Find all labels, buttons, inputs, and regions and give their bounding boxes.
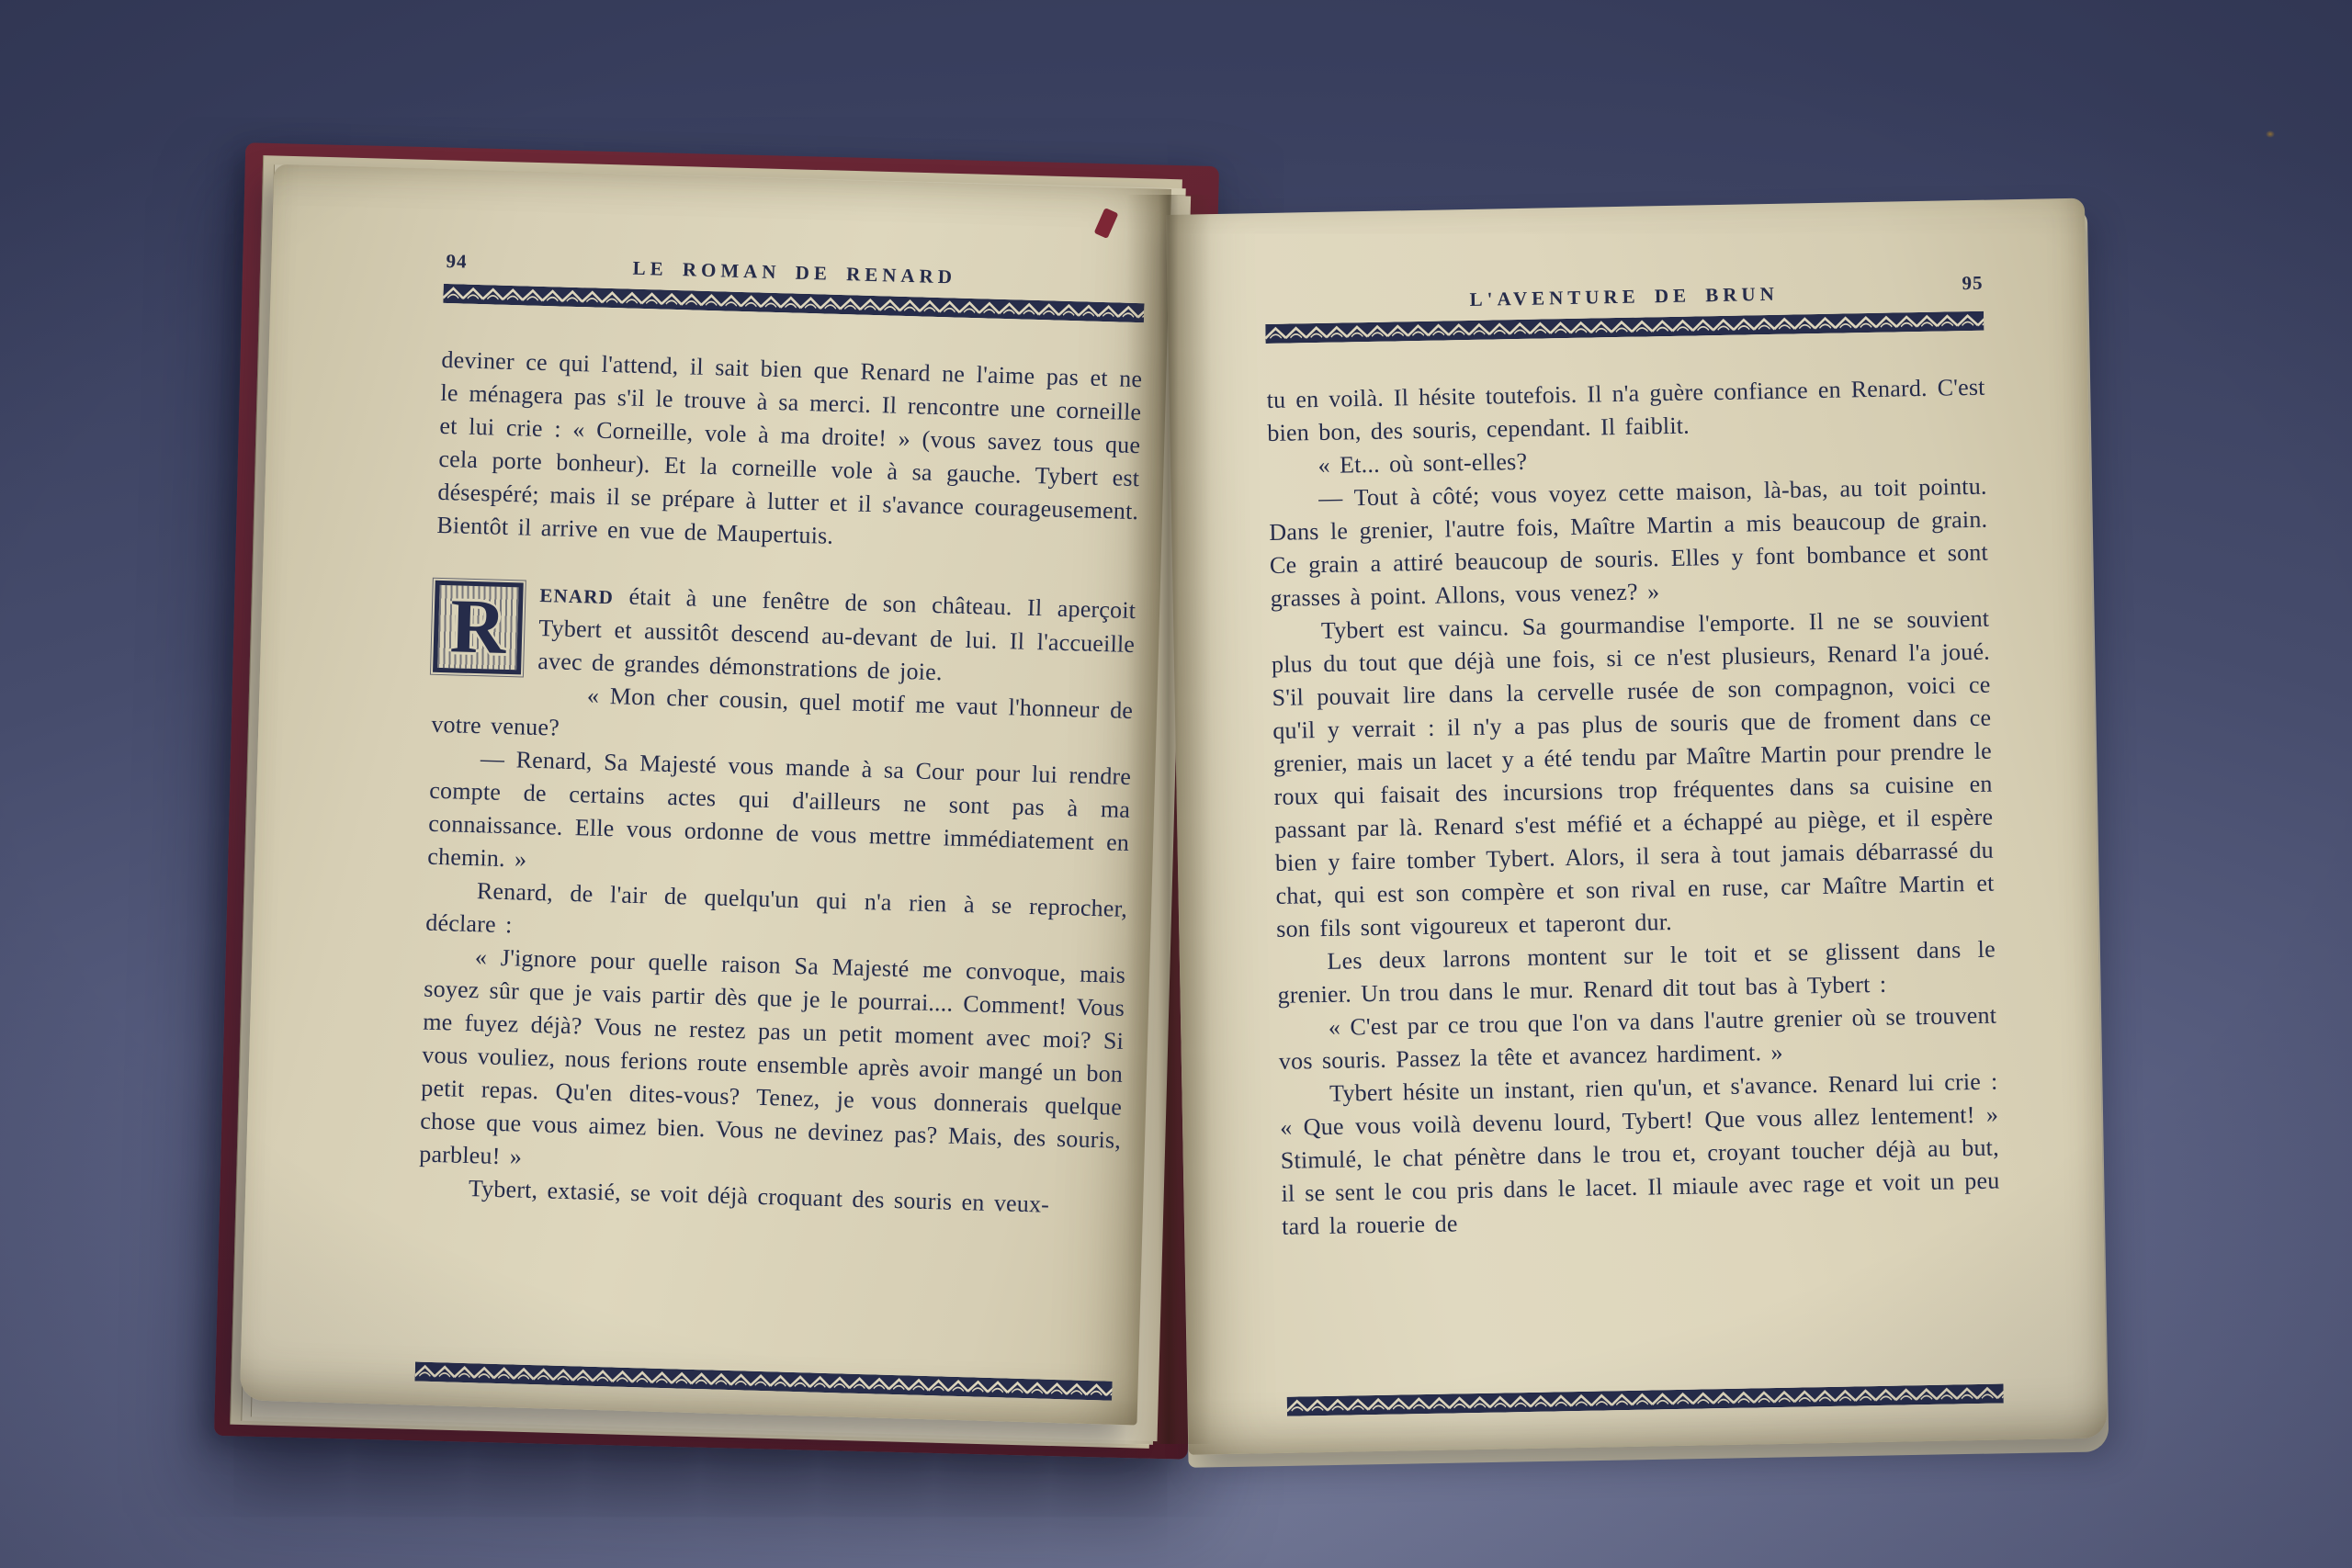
paragraph: — Renard, Sa Majesté vous mande à sa Cou… (427, 741, 1132, 893)
page-number-right: 95 (1962, 272, 1983, 295)
paragraph: « J'ignore pour quelle raison Sa Majesté… (419, 940, 1126, 1190)
background-speck (2266, 130, 2275, 138)
paragraph: — Tout à côté; vous voyez cette maison, … (1268, 470, 1989, 615)
dropcap-lead-word: ENARD (539, 584, 614, 608)
photo-background: 94 LE ROMAN DE RENARD deviner ce qui l'a… (0, 0, 2352, 1568)
right-running-head: L'AVENTURE DE BRUN 95 (1265, 277, 1984, 318)
zigzag-ornament-band-top (1265, 311, 1984, 344)
paragraph: Tybert hésite un instant, rien qu'un, et… (1279, 1066, 2000, 1244)
left-page: 94 LE ROMAN DE RENARD deviner ce qui l'a… (240, 164, 1171, 1426)
right-page-text: tu en voilà. Il hésite toutefois. Il n'a… (1266, 371, 2000, 1244)
paragraph: Tybert est vaincu. Sa gourmandise l'empo… (1271, 603, 1995, 946)
paragraph: deviner ce qui l'attend, il sait bien qu… (436, 344, 1143, 561)
running-title-right: L'AVENTURE DE BRUN (1265, 279, 1984, 315)
right-page: L'AVENTURE DE BRUN 95 tu en voilà. Il hé… (1166, 198, 2108, 1455)
dropcap-paragraph: RENARD était à une fenêtre de son châtea… (433, 575, 1136, 694)
open-book: 94 LE ROMAN DE RENARD deviner ce qui l'a… (0, 0, 2352, 1568)
left-page-text: deviner ce qui l'attend, il sait bien qu… (418, 344, 1143, 1224)
drop-cap-initial: R (433, 581, 524, 675)
